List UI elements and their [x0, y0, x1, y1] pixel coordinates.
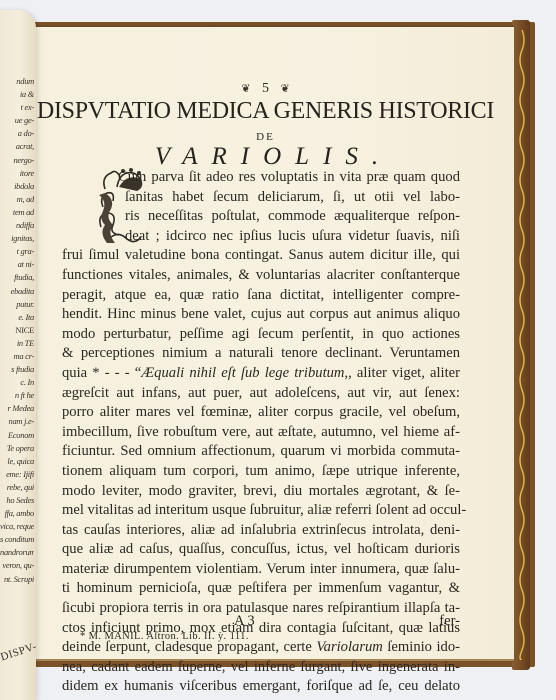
left-page-line: nandrorum	[0, 546, 34, 559]
left-page-line: at ni-	[0, 258, 34, 271]
left-page-line: veron, qu-	[0, 559, 34, 572]
text-line: materiæ dirumpentem violentiam. Verum in…	[62, 560, 460, 580]
text-line: tas cauſas interiores, aliæ ad inſalubri…	[62, 521, 460, 541]
left-catchword: DISPV-	[0, 641, 36, 664]
left-page-line: ia &	[0, 88, 34, 101]
page-footer: A 3 fer-	[62, 613, 460, 631]
left-page-line: m, ad	[0, 193, 34, 206]
fleuron-left-icon: ❦	[241, 83, 250, 95]
left-page-line: itore	[0, 167, 34, 180]
left-page-line: acrat,	[0, 140, 34, 153]
text-line: ti hominum pernicioſa, quæ peſtifera per…	[62, 579, 460, 599]
text-line: modo leviter, modo graviter, brevi, diu …	[62, 482, 460, 502]
left-page-line: in TE	[0, 337, 34, 350]
left-page-line: nergo-	[0, 154, 34, 167]
left-page-line: ignitas,	[0, 232, 34, 245]
footnote: * M. MANIL. Aſtron. Lib. II. ỳ. 111.	[80, 631, 249, 642]
text-line: porro aliter mares vel fœminæ, aliter co…	[62, 403, 460, 423]
left-page-line: ndum	[0, 75, 34, 88]
text-line: & perceptiones nimium a naturali tenore …	[62, 344, 460, 364]
text-line: deat ; idcirco nec ipſius lucis uſura vi…	[62, 227, 460, 247]
italic-phrase: Variolarum	[316, 639, 383, 655]
left-page-line: NICE	[0, 324, 34, 337]
left-page-line: tem ad	[0, 206, 34, 219]
signature-mark: A 3	[234, 613, 255, 630]
text-line: tionem aliquam tum corpori, tum animo, ſ…	[62, 462, 460, 482]
left-page-line: Econom	[0, 429, 34, 442]
left-page-line: c. In	[0, 376, 34, 389]
left-page-text: ndumia &t ex-ue ge-a do-acrat,nergo-itor…	[0, 75, 34, 586]
left-page-line: e. Ita	[0, 311, 34, 324]
text-line: modo perturbatur, peſſime agi ſecum perſ…	[62, 325, 460, 345]
left-page-line: ibdola	[0, 180, 34, 193]
left-page-line: ebadita	[0, 285, 34, 298]
text-line: nea, cadant eadem ſuperne, vel inferne ſ…	[62, 658, 460, 678]
text-line: mel vitalitas ad interitum usque ſubruit…	[62, 501, 460, 521]
text-line: didem ex humanis viſceribus emergant, fo…	[62, 677, 460, 697]
left-page-line: ftudia,	[0, 271, 34, 284]
text-line: peragit, atque ea, quæ ratio ſana dictit…	[62, 286, 460, 306]
fleuron-right-icon: ❦	[281, 83, 290, 95]
left-page-line: r Medea	[0, 402, 34, 415]
left-page-line: ho Sedes	[0, 494, 34, 507]
text-line: imbecillum, ſive robuſtum vere, aut æſta…	[62, 423, 460, 443]
left-page-line: putur.	[0, 298, 34, 311]
page-title: DISPVTATIO MEDICA GENERIS HISTORICI	[17, 98, 514, 125]
left-page-line: nt. Scrupi	[0, 573, 34, 586]
left-page-line: Te opera	[0, 442, 34, 455]
text-line: ris neceſſitas poſtulat, commode æqualit…	[62, 207, 460, 227]
title-de: DE	[17, 131, 514, 143]
left-page-line: ndiffa	[0, 219, 34, 232]
left-page-line: ffa, ambo	[0, 507, 34, 520]
text-line: ficiuntur. Sed omnium affectionum, quaru…	[62, 442, 460, 462]
text-line: functiones vitales, animales, & voluntar…	[62, 266, 460, 286]
left-page-line: s ftudia	[0, 363, 34, 376]
italic-phrase: Æquali nihil eſt ſub lege tributum	[141, 365, 344, 381]
book-page: ❦ 5 ❦ DISPVTATIO MEDICA GENERIS HISTORIC…	[17, 25, 514, 661]
text-line: hendit. Hinc minus bene valet, cujus aut…	[62, 305, 460, 325]
left-page-line: ma cr-	[0, 350, 34, 363]
left-page-line: t gra-	[0, 245, 34, 258]
text-line: ſanitas habet ſecum deliciarum, ſi, ut o…	[62, 188, 460, 208]
title-subject: VARIOLIS.	[17, 143, 522, 171]
left-page-line: rebe, qui	[0, 481, 34, 494]
page-number: 5	[262, 81, 269, 96]
left-page-line: le, quica	[0, 455, 34, 468]
left-page-line: ue ge-	[0, 114, 34, 127]
catchword: fer-	[439, 613, 460, 630]
left-page-line: a do-	[0, 127, 34, 140]
left-page-edge: ndumia &t ex-ue ge-a do-acrat,nergo-itor…	[0, 10, 36, 700]
text-line: Cum parva ſit adeo res voluptatis in vit…	[62, 168, 460, 188]
left-page-line: nam j.e-	[0, 415, 34, 428]
text-line: que aliæ ad caſus, quaſſus, concuſſus, i…	[62, 540, 460, 560]
left-page-line: s conditum	[0, 533, 34, 546]
left-page-line: eme: Ijifi	[0, 468, 34, 481]
text-line: quia * - - - “Æquali nihil eſt ſub lege …	[62, 364, 460, 384]
page-header: ❦ 5 ❦	[17, 81, 514, 97]
gilt-wave-border-icon	[518, 30, 526, 660]
text-line: frui ſimul valetudine bona contingat. Sa…	[62, 246, 460, 266]
text-line: ægreſcit aut infans, aut puer, aut adole…	[62, 384, 460, 404]
left-page-line: n ft he	[0, 389, 34, 402]
left-page-line: vica, reque	[0, 520, 34, 533]
left-page-line: t ex-	[0, 101, 34, 114]
